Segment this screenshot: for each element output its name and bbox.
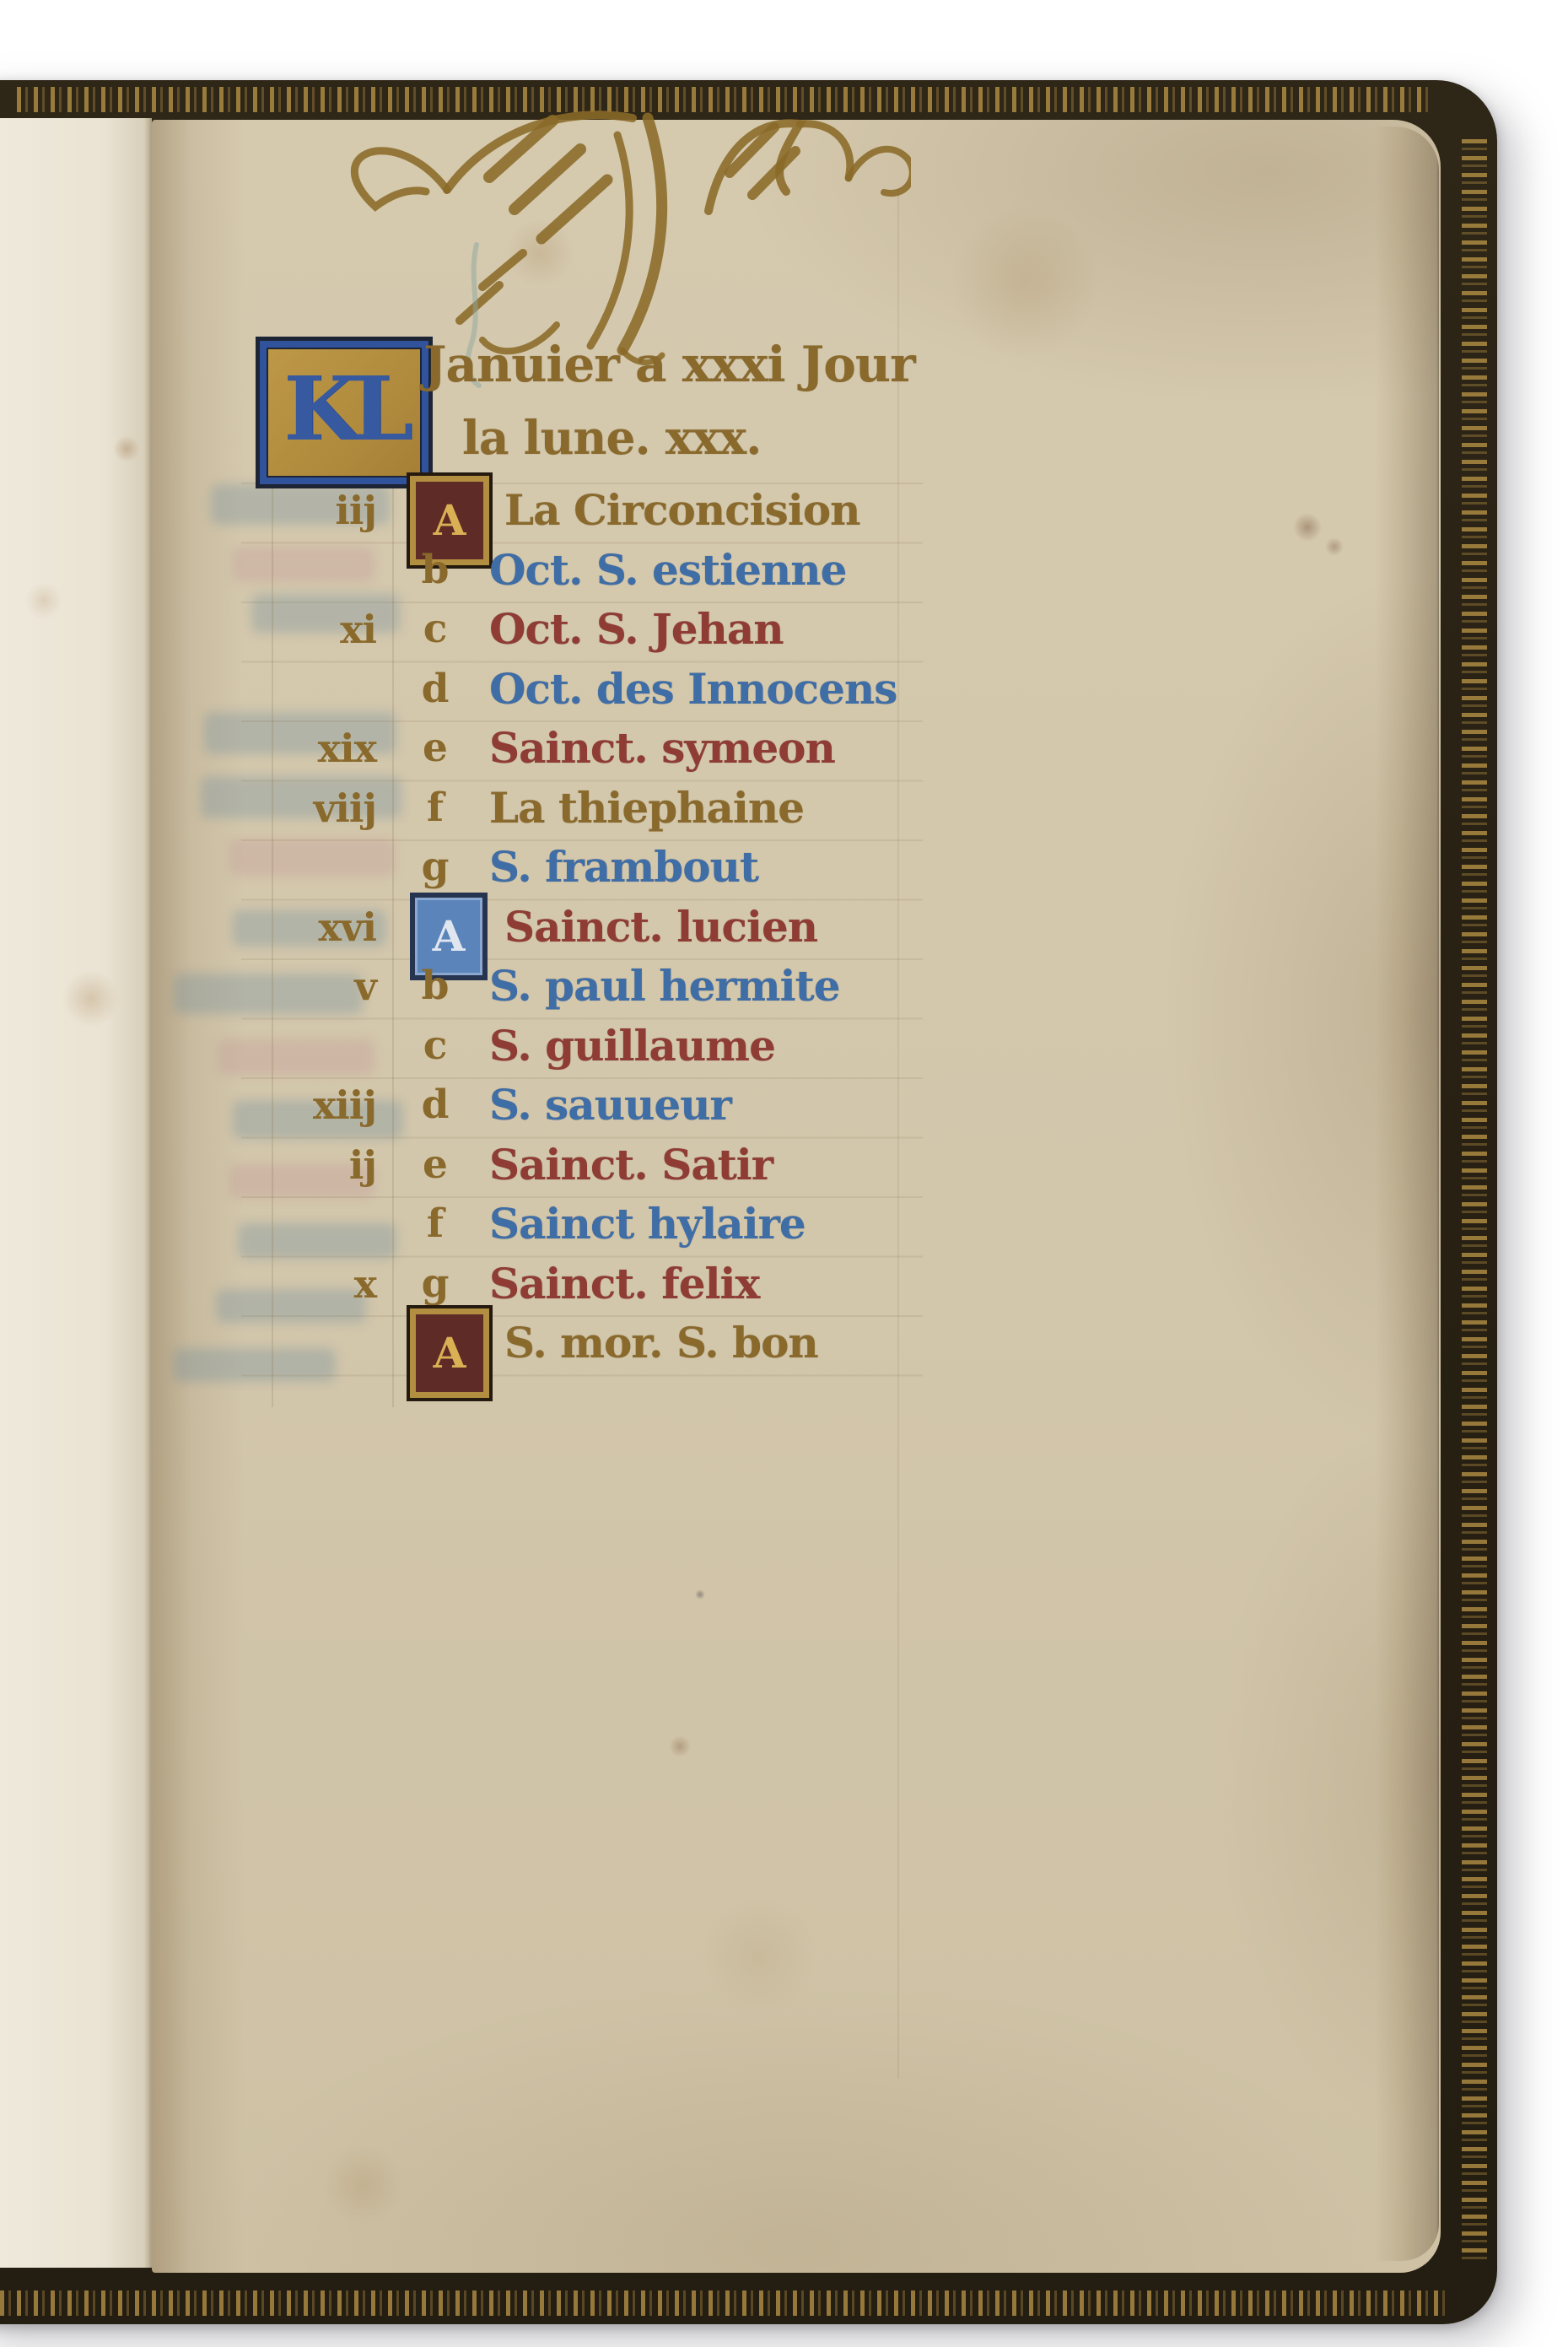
dominical-letter: e bbox=[385, 719, 486, 778]
dominical-letter: b bbox=[385, 541, 486, 600]
dominical-letter: f bbox=[385, 1195, 486, 1254]
calendar-row: A S. mor. S. bon bbox=[236, 1314, 936, 1373]
feast-name: S. guillaume bbox=[489, 1017, 775, 1076]
month-header: Januier a xxxi Jour bbox=[423, 331, 915, 398]
feast-name: S. paul hermite bbox=[489, 957, 840, 1016]
feast-name: Oct. S. Jehan bbox=[489, 600, 784, 659]
dominical-letter: c bbox=[385, 1017, 486, 1076]
calendar-row: ij e Sainct. Satir bbox=[236, 1136, 936, 1195]
calendar-row: xi c Oct. S. Jehan bbox=[236, 600, 936, 659]
dominical-letter: g bbox=[385, 1254, 486, 1314]
feast-name: Oct. S. estienne bbox=[489, 541, 846, 600]
golden-number: iij bbox=[236, 481, 376, 540]
feast-name: Sainct hylaire bbox=[489, 1195, 806, 1254]
dominical-letter: b bbox=[385, 957, 486, 1016]
page-fore-edge-shading bbox=[1375, 127, 1439, 2261]
calendar-row: b Oct. S. estienne bbox=[236, 541, 936, 600]
feast-name: S. frambout bbox=[489, 838, 758, 897]
feast-name: Sainct. Satir bbox=[489, 1136, 773, 1195]
dominical-letter-box: A bbox=[410, 1308, 489, 1398]
dominical-letter: e bbox=[385, 1136, 486, 1195]
calendar-row: xix e Sainct. symeon bbox=[236, 719, 936, 778]
kl-monogram-letters: KL bbox=[283, 367, 405, 451]
dominical-letter: A bbox=[434, 1324, 466, 1383]
dominical-letter: d bbox=[385, 1076, 486, 1135]
golden-number: xiij bbox=[236, 1076, 376, 1135]
dominical-letter: g bbox=[385, 838, 486, 897]
previous-page-edge bbox=[0, 118, 152, 2268]
calendar-row: f Sainct hylaire bbox=[236, 1195, 936, 1254]
feast-name: Sainct. lucien bbox=[504, 898, 817, 957]
lune-header: la lune. xxx. bbox=[462, 407, 761, 469]
calendar-row: xvi A Sainct. lucien bbox=[236, 898, 936, 957]
dominical-letter: c bbox=[385, 600, 486, 659]
feast-name: S. sauueur bbox=[489, 1076, 731, 1135]
feast-name: Sainct. symeon bbox=[489, 719, 835, 778]
calendar-row: c S. guillaume bbox=[236, 1017, 936, 1076]
calendar-row: x g Sainct. felix bbox=[236, 1254, 936, 1314]
golden-number: v bbox=[236, 957, 376, 1016]
gilt-tooling-bottom bbox=[0, 2290, 1451, 2316]
dominical-letter: d bbox=[385, 660, 486, 719]
calendar-row: iij A La Circoncision bbox=[236, 481, 936, 540]
feast-name: S. mor. S. bon bbox=[504, 1314, 818, 1373]
golden-number: xvi bbox=[236, 898, 376, 957]
feast-name: Oct. des Innocens bbox=[489, 660, 897, 719]
feast-name: Sainct. felix bbox=[489, 1254, 759, 1314]
golden-number: xix bbox=[236, 719, 376, 778]
golden-number: xi bbox=[236, 600, 376, 659]
dominical-letter: f bbox=[385, 779, 486, 838]
calendar-row: d Oct. des Innocens bbox=[236, 660, 936, 719]
golden-number: ij bbox=[236, 1136, 376, 1195]
calendar-row: g S. frambout bbox=[236, 838, 936, 897]
feast-name: La Circoncision bbox=[504, 481, 860, 540]
golden-number: x bbox=[236, 1254, 376, 1314]
kl-monogram-block: KL bbox=[260, 341, 428, 484]
manuscript-photo: KL Januier a xxxi Jour la lune. xxx. iij… bbox=[0, 0, 1568, 2347]
feast-name: La thiephaine bbox=[489, 779, 804, 838]
golden-number: viij bbox=[236, 779, 376, 838]
calendar-row: xiij d S. sauueur bbox=[236, 1076, 936, 1135]
calendar-row: viij f La thiephaine bbox=[236, 779, 936, 838]
calendar-row: v b S. paul hermite bbox=[236, 957, 936, 1016]
gilt-tooling-right bbox=[1462, 139, 1487, 2265]
